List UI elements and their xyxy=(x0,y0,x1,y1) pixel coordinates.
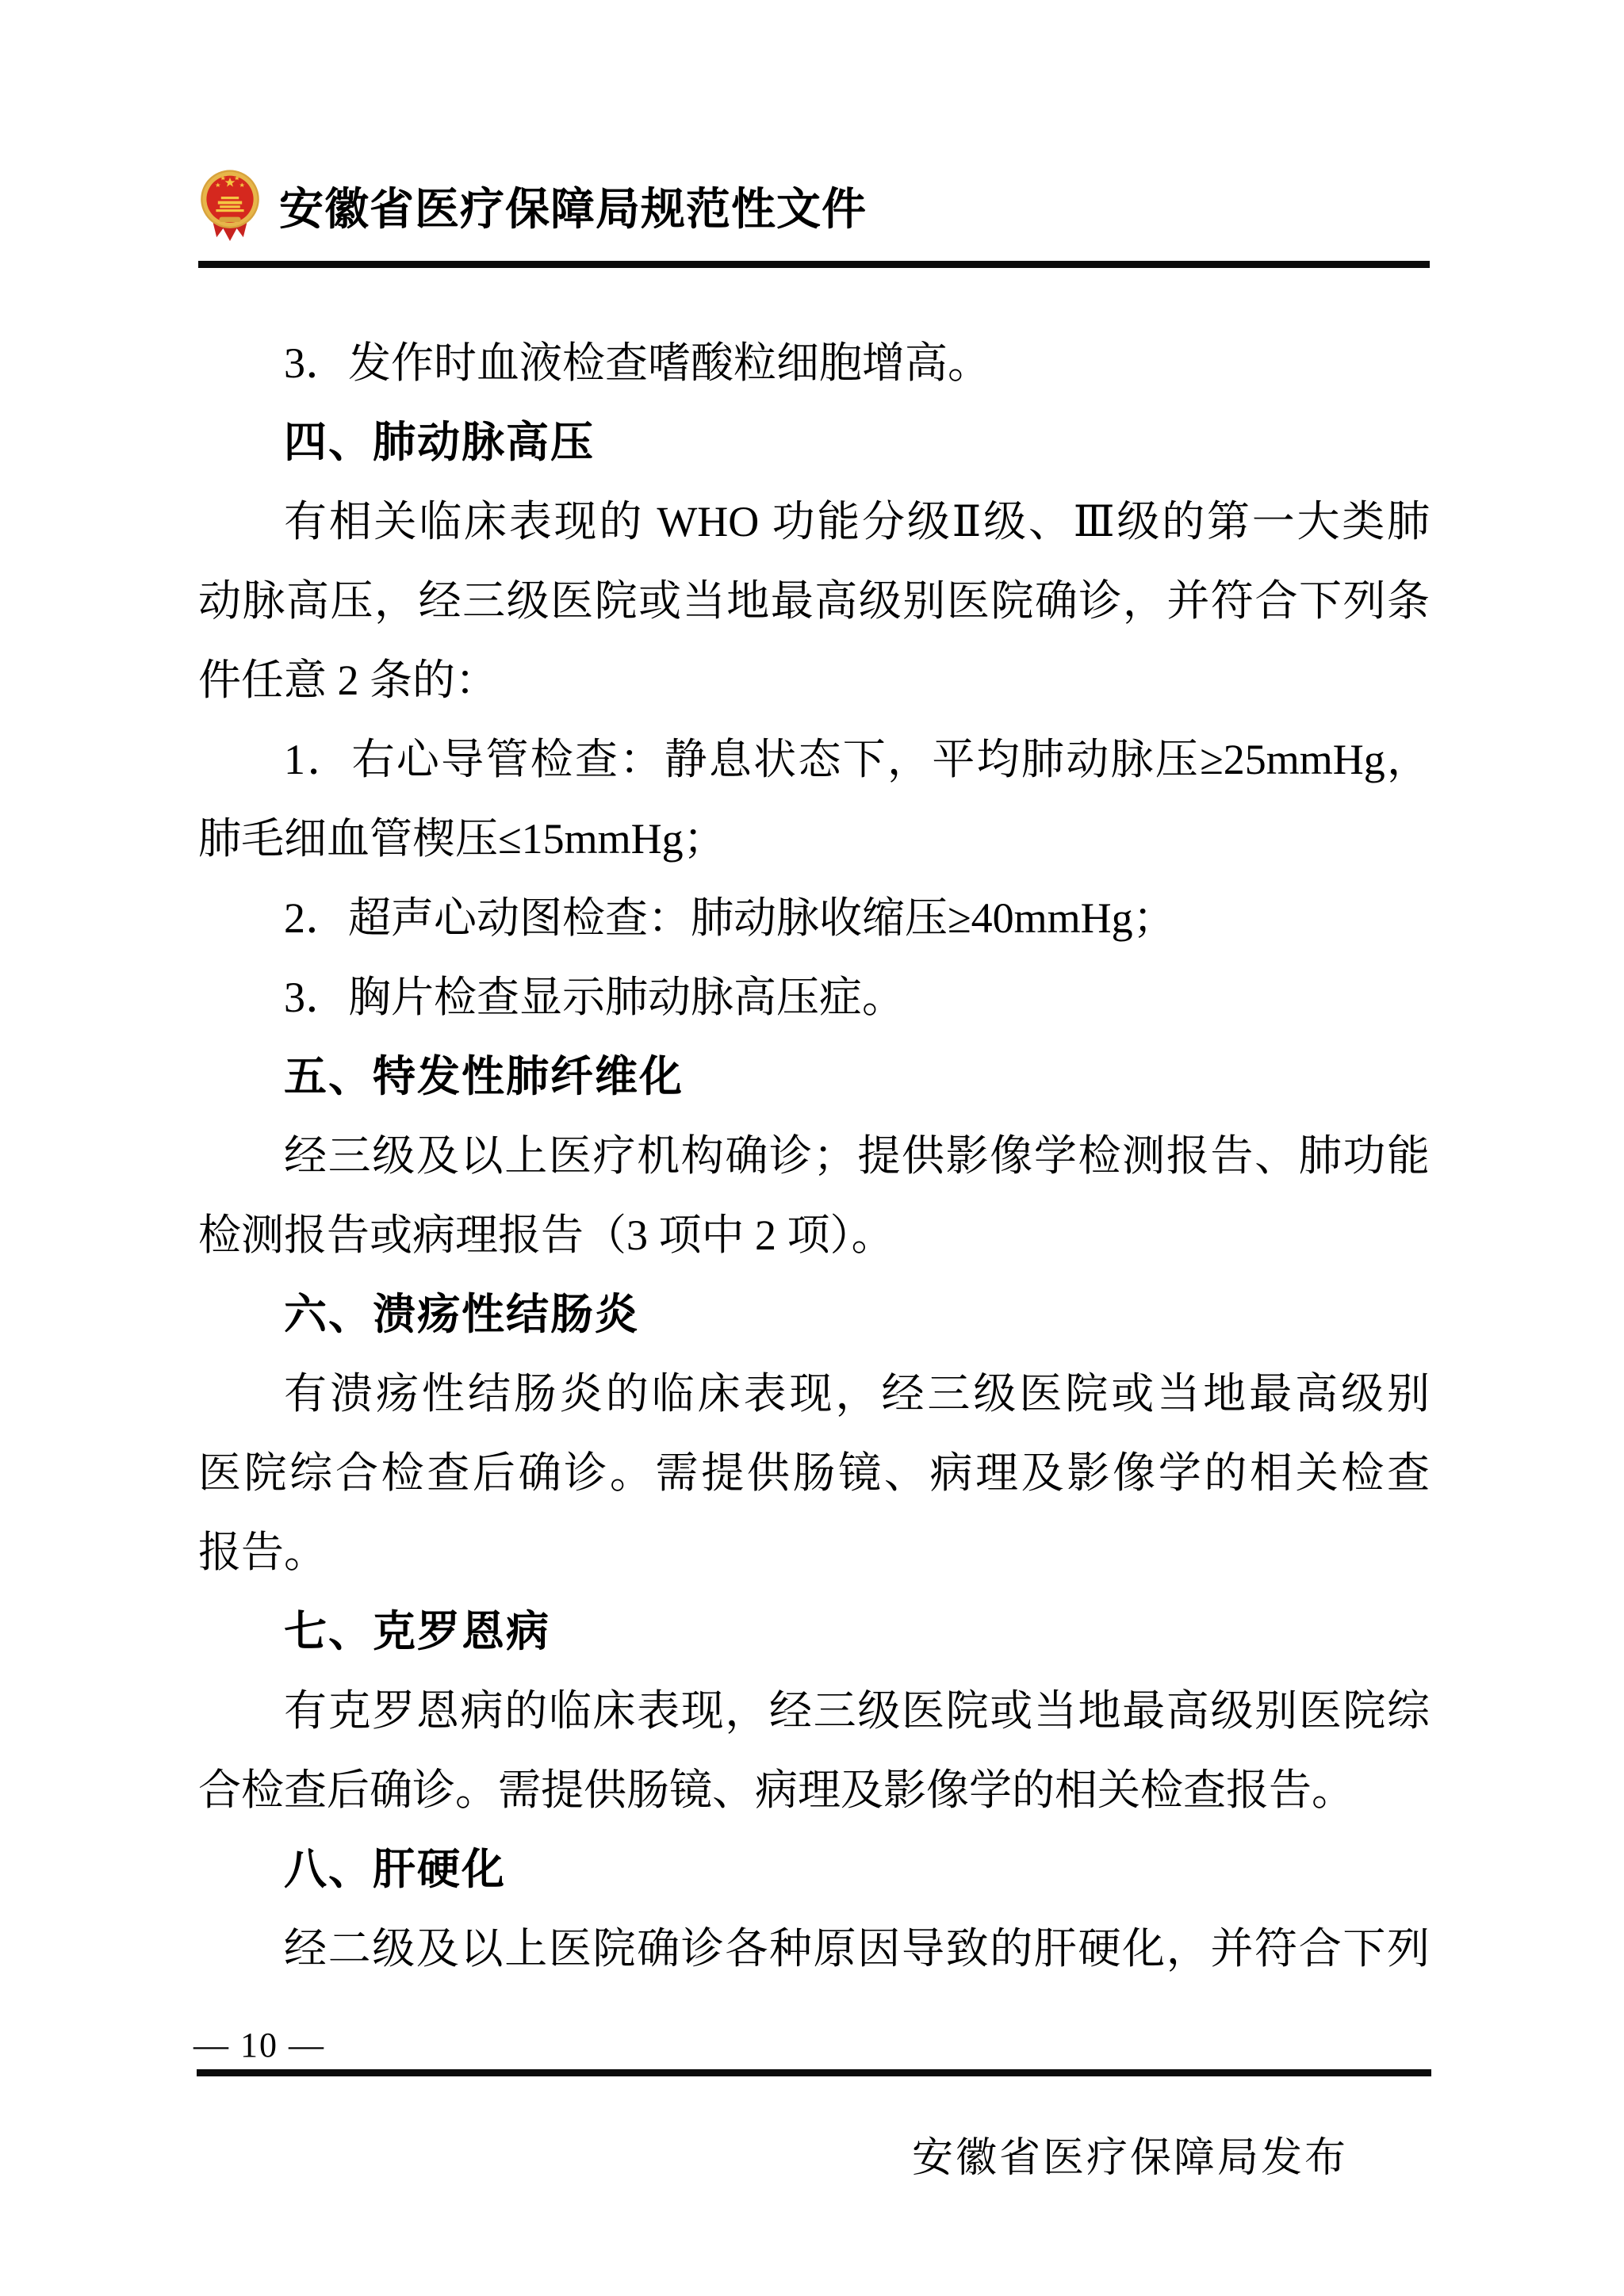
document-line: 动脉高压，经三级医院或当地最高级别医院确诊，并符合下列条 xyxy=(198,561,1430,641)
document-body: 3．发作时血液检查嗜酸粒细胞增高。 四、肺动脉高压 有相关临床表现的 WHO 功… xyxy=(198,323,1430,1988)
footer-rule xyxy=(197,2069,1431,2076)
page-number: — 10 — xyxy=(193,2022,325,2069)
section-heading-7: 七、克罗恩病 xyxy=(198,1592,1430,1671)
document-line: 件任意 2 条的： xyxy=(198,641,1430,720)
document-line: 检测报告或病理报告（3 项中 2 项）。 xyxy=(198,1196,1430,1275)
document-line: 有克罗恩病的临床表现，经三级医院或当地最高级别医院综 xyxy=(198,1671,1430,1751)
document-line: 肺毛细血管楔压≤15mmHg； xyxy=(198,799,1430,878)
document-page: 安徽省医疗保障局规范性文件 3．发作时血液检查嗜酸粒细胞增高。 四、肺动脉高压 … xyxy=(0,0,1624,2296)
national-emblem-icon xyxy=(198,168,262,244)
section-heading-5: 五、特发性肺纤维化 xyxy=(198,1037,1430,1116)
section-heading-4: 四、肺动脉高压 xyxy=(198,403,1430,482)
document-header: 安徽省医疗保障局规范性文件 xyxy=(198,165,867,247)
section-heading-8: 八、肝硬化 xyxy=(198,1830,1430,1909)
document-line: 报告。 xyxy=(198,1513,1430,1592)
document-line: 3．胸片检查显示肺动脉高压症。 xyxy=(198,958,1430,1037)
document-line: 经二级及以上医院确诊各种原因导致的肝硬化，并符合下列 xyxy=(198,1909,1430,1988)
document-header-title: 安徽省医疗保障局规范性文件 xyxy=(279,174,867,238)
header-rule xyxy=(198,261,1430,268)
document-line: 3．发作时血液检查嗜酸粒细胞增高。 xyxy=(198,323,1430,403)
document-line: 有溃疡性结肠炎的临床表现，经三级医院或当地最高级别 xyxy=(198,1354,1430,1433)
document-line: 合检查后确诊。需提供肠镜、病理及影像学的相关检查报告。 xyxy=(198,1751,1430,1830)
document-line: 1．右心导管检查：静息状态下，平均肺动脉压≥25mmHg， xyxy=(198,720,1430,799)
document-line: 有相关临床表现的 WHO 功能分级Ⅱ级、Ⅲ级的第一大类肺 xyxy=(198,482,1430,561)
section-heading-6: 六、溃疡性结肠炎 xyxy=(198,1275,1430,1354)
publisher-line: 安徽省医疗保障局发布 xyxy=(912,2131,1348,2187)
document-line: 医院综合检查后确诊。需提供肠镜、病理及影像学的相关检查 xyxy=(198,1433,1430,1513)
document-line: 2．超声心动图检查：肺动脉收缩压≥40mmHg； xyxy=(198,878,1430,958)
document-line: 经三级及以上医疗机构确诊；提供影像学检测报告、肺功能 xyxy=(198,1116,1430,1196)
